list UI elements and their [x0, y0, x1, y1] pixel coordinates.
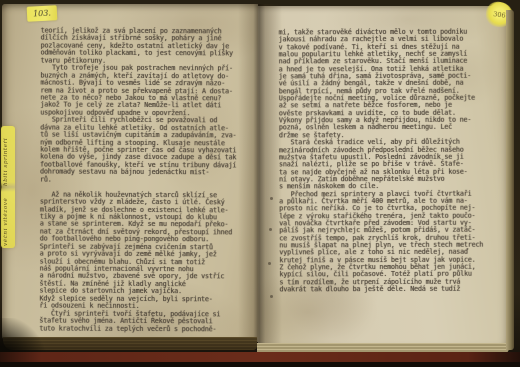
right-page-text: mi, takže starověké diváctvo mělo v tomt… — [279, 28, 508, 299]
book-scan: teorií, jelikož za svá placení po zaznam… — [0, 0, 520, 367]
margin-annotation-upper: hbití sprinteři — [3, 128, 13, 186]
text-line: dvakrát tak dlouho ba ještě déle. Nedá s… — [279, 285, 507, 293]
margin-annotation-lower: věční vítězové — [3, 190, 13, 246]
page-number-left-highlight: 103. — [27, 5, 58, 22]
table-surface — [0, 362, 520, 367]
pencil-mark — [269, 228, 272, 231]
pencil-mark — [268, 262, 271, 265]
left-page-text: teorií, jelikož za svá placení po zaznam… — [39, 27, 258, 336]
pencil-mark — [270, 295, 273, 298]
text-line: tuto kratochvíli za teplých večerů s poc… — [39, 324, 257, 332]
pencil-mark — [270, 197, 273, 200]
